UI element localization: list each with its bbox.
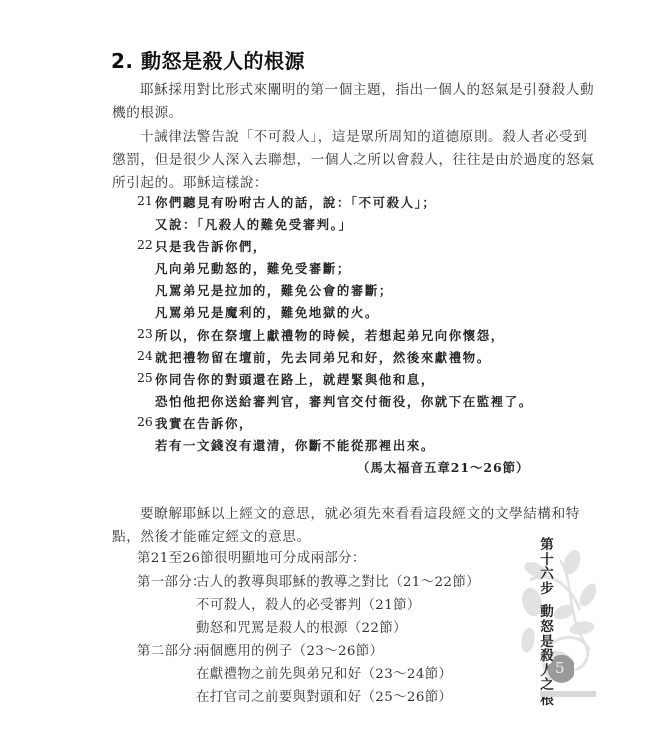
- chapter-label-char: 第: [539, 538, 555, 553]
- verse-number: 24: [137, 348, 153, 363]
- paragraph-line: 機的根源。: [112, 101, 183, 121]
- scripture-citation: （馬太福音五章21～26節）: [357, 458, 529, 476]
- outline-part-text: 古人的教導與耶穌的教導之對比（21～22節）: [196, 571, 480, 590]
- paragraph-line: 耶穌採用對比形式來闡明的第一個主題，指出一個人的怒氣是引發殺人動: [140, 78, 594, 98]
- paragraph-line: 所引起的。耶穌這樣說：: [112, 171, 268, 191]
- verse-text: 我實在告訴你，: [155, 414, 253, 432]
- verse-number: 25: [137, 370, 153, 385]
- footer-bar: [540, 691, 596, 697]
- outline-part-text: 兩個應用的例子（23～26節）: [196, 640, 383, 659]
- outline-sub-item: 在打官司之前要與對頭和好（25～26節）: [196, 686, 452, 705]
- verse-number: 23: [137, 326, 153, 341]
- verse-text: 若有一文錢沒有還清，你斷不能從那裡出來。: [155, 436, 435, 454]
- division-statement: 第21至26節很明顯地可分成兩部分：: [137, 547, 366, 566]
- verse-text: 所以，你在祭壇上獻禮物的時候，若想起弟兄向你懷怨，: [155, 326, 505, 344]
- verse-number: 26: [137, 414, 153, 429]
- verse-text: 只是我告訴你們，: [155, 237, 267, 255]
- verse-text: 又說：「凡殺人的難免受審判。」: [155, 215, 352, 233]
- chapter-title-char: 動: [539, 605, 555, 620]
- chapter-title-char: 怒: [539, 620, 555, 635]
- paragraph-line: 要瞭解耶穌以上經文的意思，就必須先來看看這段經文的文學結構和特: [140, 502, 580, 522]
- chapter-label-char: 十: [539, 553, 555, 568]
- outline-sub-item: 不可殺人，殺人的必受審判（21節）: [196, 594, 421, 613]
- paragraph-line: 懲罰，但是很少人深入去聯想，一個人之所以會殺人，往往是由於過度的怒氣: [112, 148, 595, 168]
- verse-text: 凡向弟兄動怒的，難免受審斷；: [155, 259, 351, 277]
- verse-text: 你們聽見有吩咐古人的話，說：「不可殺人」；: [155, 193, 436, 211]
- chapter-title-char: 是: [539, 635, 555, 650]
- verse-text: 恐怕他把你送給審判官，審判官交付衙役，你就下在監裡了。: [155, 392, 533, 410]
- chapter-label-char: 步: [539, 582, 555, 597]
- outline-sub-item: 在獻禮物之前先與弟兄和好（23～24節）: [196, 663, 452, 682]
- paragraph-line: 十誡律法警告說「不可殺人」，這是眾所周知的道德原則。殺人者必受到: [140, 125, 587, 145]
- verse-text: 你同告你的對頭還在路上，就趕緊與他和息，: [155, 370, 435, 388]
- paragraph-line: 點，然後才能確定經文的意思。: [112, 525, 311, 545]
- verse-text: 凡罵弟兄是魔利的，難免地獄的火。: [155, 303, 379, 321]
- verse-number: 21: [137, 193, 153, 208]
- chapter-label-char: 六: [539, 567, 555, 582]
- verse-text: 就把禮物留在壇前，先去同弟兄和好，然後來獻禮物。: [155, 348, 491, 366]
- verse-number: 22: [137, 237, 153, 252]
- outline-sub-item: 動怒和咒罵是殺人的根源（22節）: [196, 617, 407, 636]
- verse-text: 凡罵弟兄是拉加的，難免公會的審斷；: [155, 281, 393, 299]
- page-number: 5: [555, 659, 565, 677]
- section-title: 2. 動怒是殺人的根源: [111, 45, 305, 74]
